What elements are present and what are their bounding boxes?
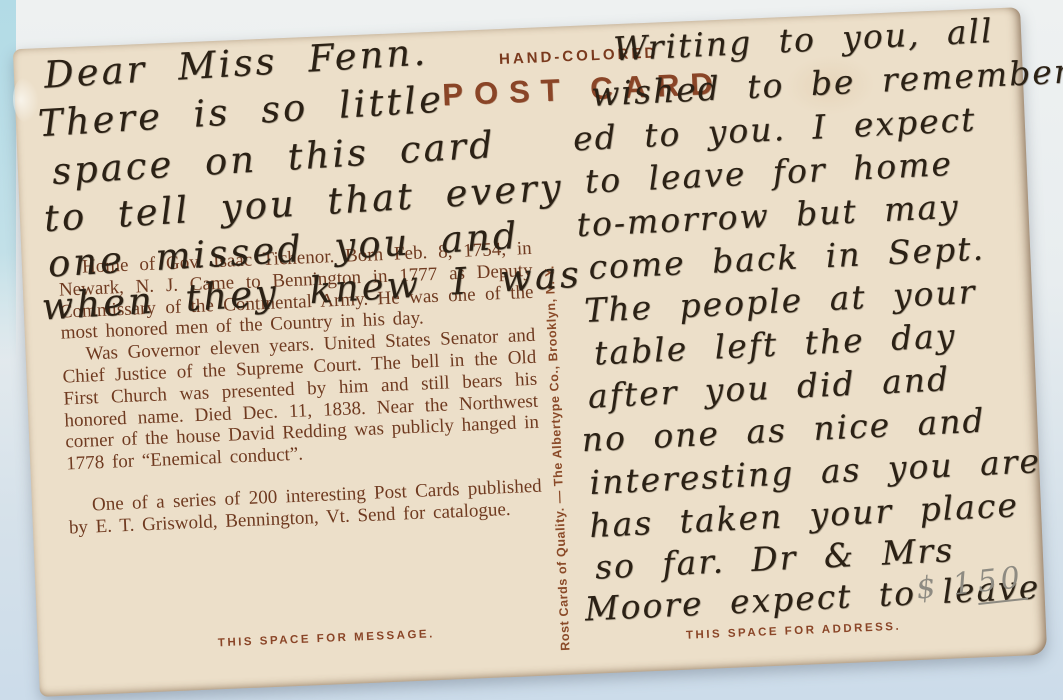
- message-space-label: THIS SPACE FOR MESSAGE.: [218, 628, 435, 649]
- price-currency: $: [914, 569, 941, 606]
- address-space-label: THIS SPACE FOR ADDRESS.: [686, 621, 902, 642]
- postcard-back: HAND-COLORED POST CARD Rost Cards of Qua…: [13, 7, 1047, 697]
- price-dollars: 1: [951, 565, 978, 602]
- description-paragraph: Was Governor eleven years. United States…: [61, 325, 540, 476]
- worn-corner: [12, 76, 40, 123]
- description-paragraph: One of a series of 200 interesting Post …: [68, 476, 543, 539]
- price-cents: 50: [974, 560, 1028, 605]
